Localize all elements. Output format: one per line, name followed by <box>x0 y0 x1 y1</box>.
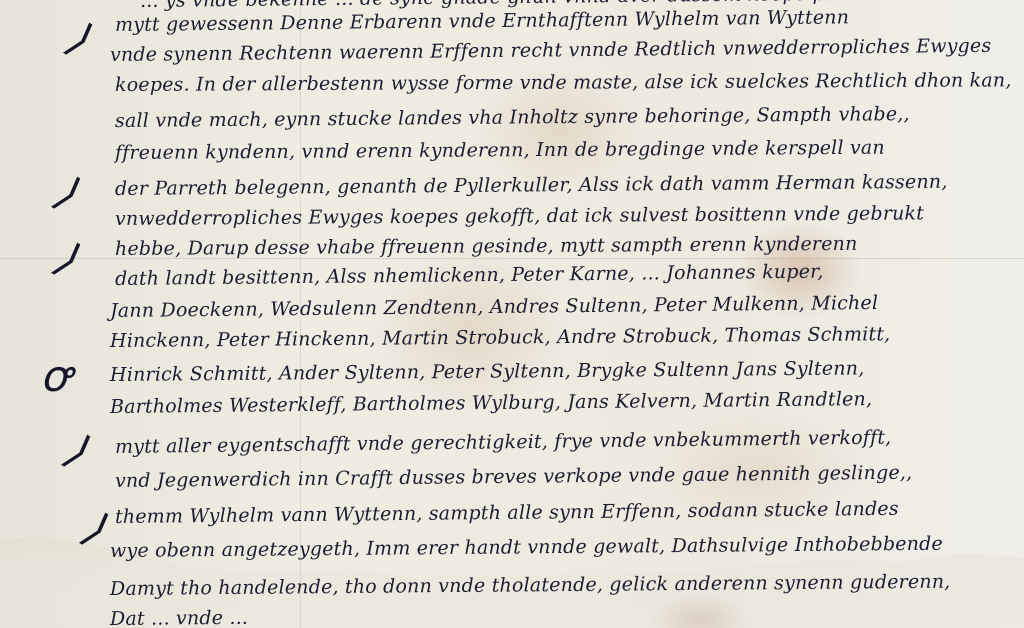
flourish-decoration: ꝍ <box>40 355 70 399</box>
manuscript-line: Dat ... vnde ... <box>110 607 248 628</box>
manuscript-line: koepes. In der allerbestenn wysse forme … <box>115 69 1012 96</box>
